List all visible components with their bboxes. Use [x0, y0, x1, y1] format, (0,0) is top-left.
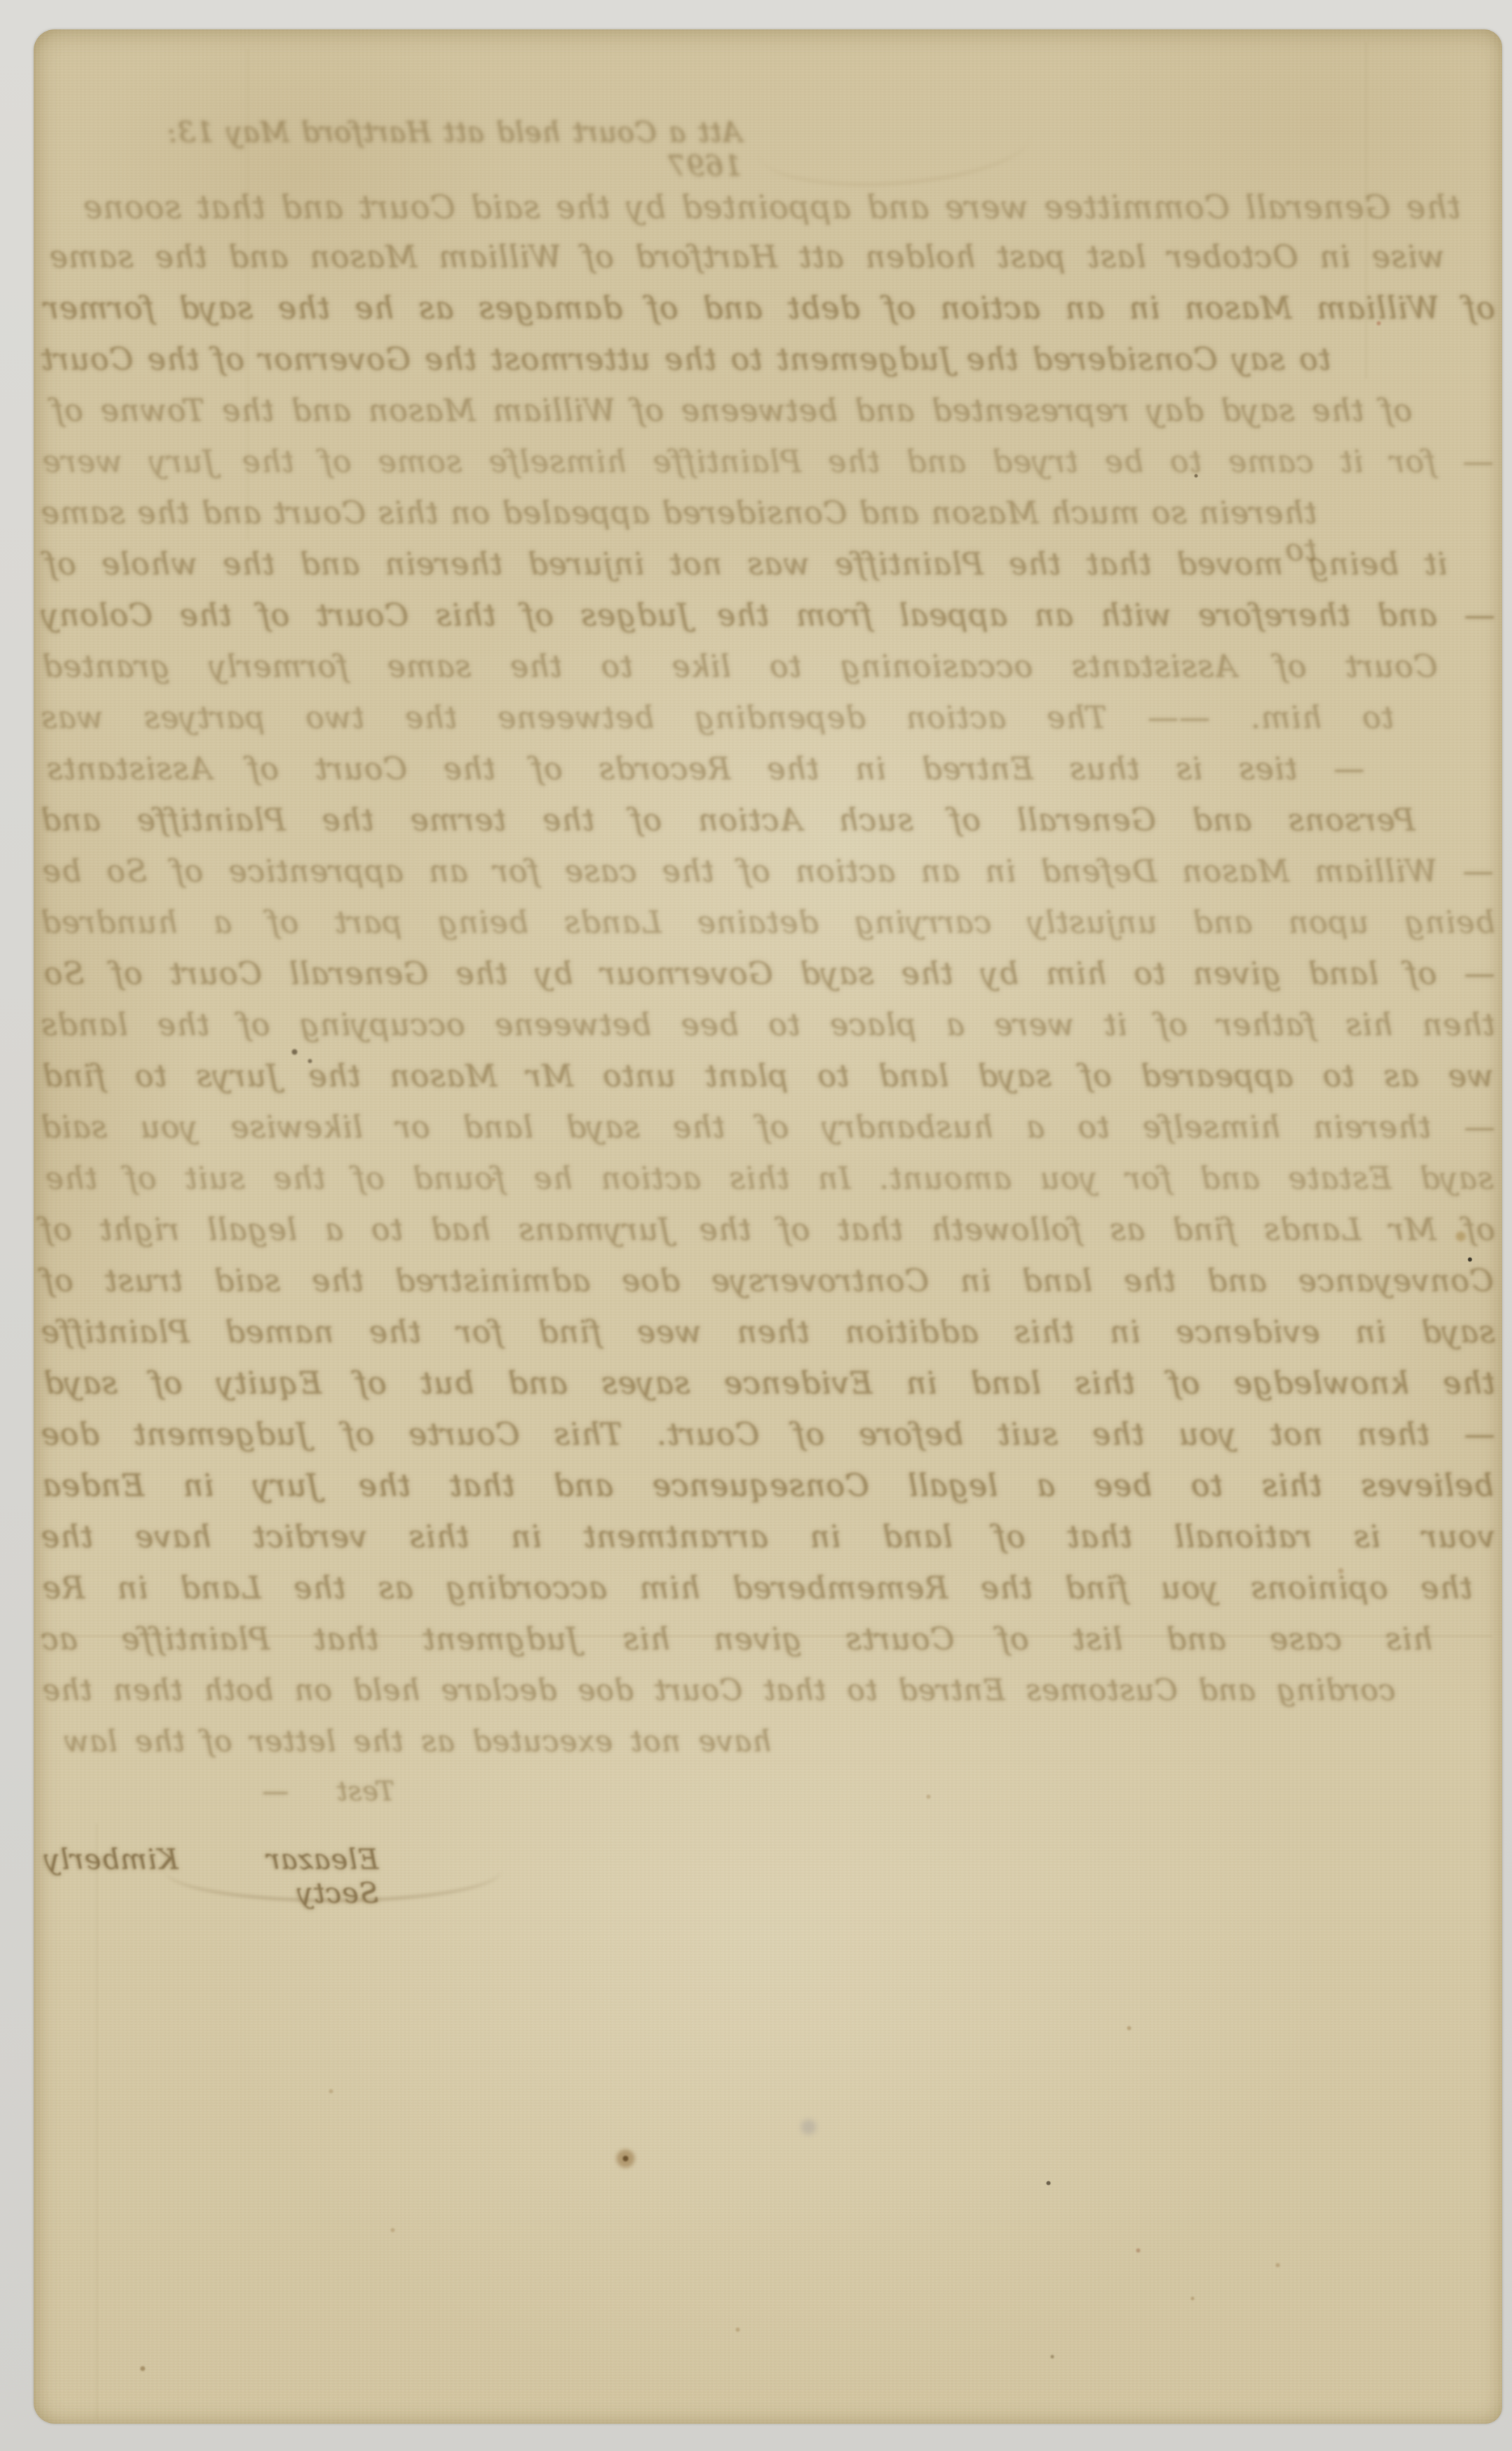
manuscript-page — [34, 29, 1502, 2424]
scan-background: Att a Court held att Hartford May 13: 16… — [0, 0, 1512, 2451]
